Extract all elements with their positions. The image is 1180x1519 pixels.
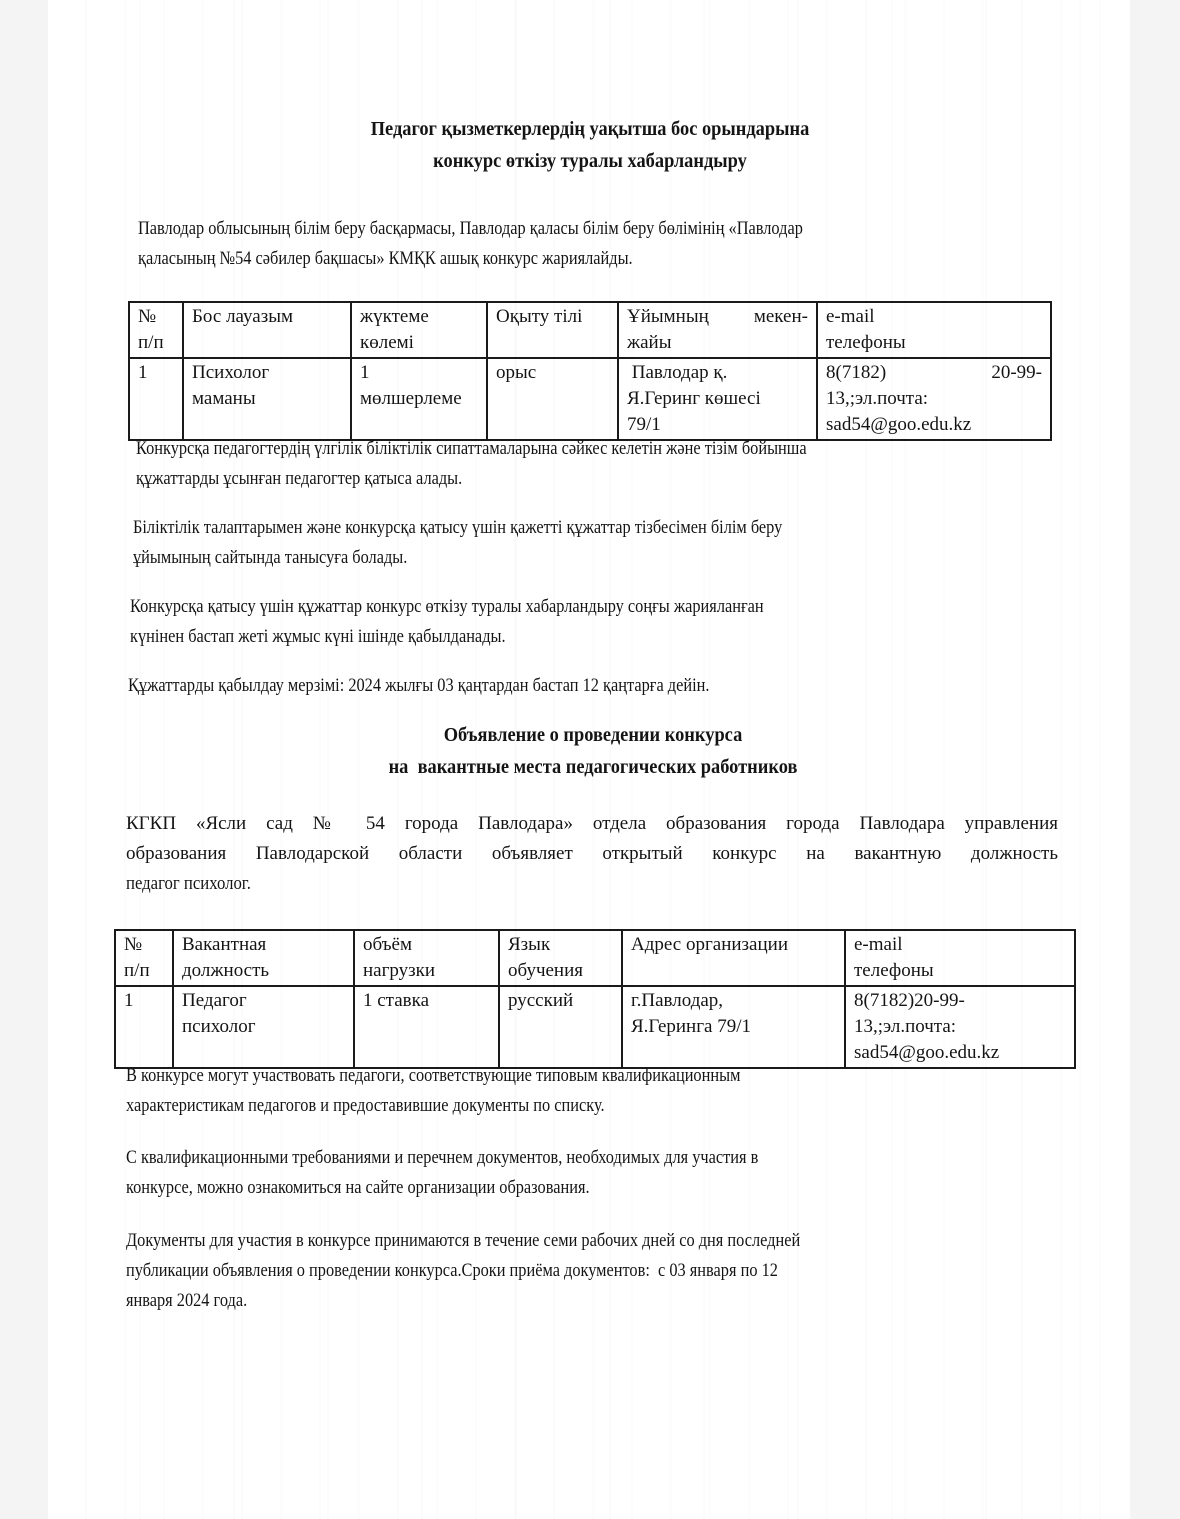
ru-paragraph-requirements: С квалификационными требованиями и переч… [126,1143,758,1203]
kz-paragraph-deadline: Құжаттарды қабылдау мерзімі: 2024 жылғы … [128,671,709,701]
ru-email-link[interactable]: sad54@goo.edu.kz [854,1040,1066,1066]
ru-title-line2: на вакантные места педагогических работн… [50,751,1136,783]
kz-header-load: жүктеме көлемі [351,302,487,358]
kz-vacancy-table: № п/п Бос лауазым жүктеме көлемі Оқыту т… [128,301,1052,441]
ru-cell-num: 1 [115,986,173,1068]
kz-title-line2: конкурс өткізу туралы хабарландыру [47,145,1133,177]
ru-header-num: № п/п [115,930,173,986]
ru-table-header-row: № п/п Вакантная должность объём нагрузки… [115,930,1075,986]
kz-title: Педагог қызметкерлердің уақытша бос орын… [47,113,1133,177]
kz-cell-num: 1 [129,358,183,440]
ru-title: Объявление о проведении конкурса на вака… [50,719,1136,783]
kz-paragraph-eligibility: Конкурсқа педагогтердің үлгілік біліктіл… [136,434,807,494]
kz-paragraph-requirements: Біліктілік талаптарымен және конкурсқа қ… [133,513,782,573]
kz-cell-position: Психолог маманы [183,358,351,440]
ru-cell-address: г.Павлодар, Я.Геринга 79/1 [622,986,845,1068]
ru-header-load: объём нагрузки [354,930,499,986]
ru-intro: КГКП «Ясли сад № 54 города Павлодара» от… [126,809,1058,899]
kz-cell-load: 1 мөлшерлеме [351,358,487,440]
ru-header-address: Адрес организации [622,930,845,986]
kz-header-num: № п/п [129,302,183,358]
kz-intro-line2: қаласының №54 сәбилер бақшасы» КМҚК ашық… [138,244,803,274]
kz-paragraph-submission: Конкурсқа қатысу үшін құжаттар конкурс ө… [130,592,764,652]
ru-cell-contacts: 8(7182)20-99- 13,;эл.почта: sad54@goo.ed… [845,986,1075,1068]
ru-intro-line3: педагог психолог. [126,869,1058,899]
ru-intro-line1: КГКП «Ясли сад № 54 города Павлодара» от… [126,809,1058,839]
ru-cell-language: русский [499,986,622,1068]
kz-table-header-row: № п/п Бос лауазым жүктеме көлемі Оқыту т… [129,302,1051,358]
ru-header-contacts: e-mail телефоны [845,930,1075,986]
ru-intro-line2: образования Павлодарской области объявля… [126,839,1058,869]
kz-header-position: Бос лауазым [183,302,351,358]
ru-paragraph-submission: Документы для участия в конкурсе принима… [126,1226,800,1316]
kz-cell-contacts: 8(7182) 20-99- 13,;эл.почта: sad54@goo.e… [817,358,1051,440]
ru-header-language: Язык обучения [499,930,622,986]
ru-title-line1: Объявление о проведении конкурса [50,719,1136,751]
ru-cell-position: Педагог психолог [173,986,354,1068]
kz-email-link[interactable]: sad54@goo.edu.kz [826,412,1042,438]
table-row: 1 Педагог психолог 1 ставка русский г.Па… [115,986,1075,1068]
table-row: 1 Психолог маманы 1 мөлшерлеме орыс Павл… [129,358,1051,440]
ru-paragraph-eligibility: В конкурсе могут участвовать педагоги, с… [126,1061,740,1121]
kz-header-contacts: e-mail телефоны [817,302,1051,358]
kz-title-line1: Педагог қызметкерлердің уақытша бос орын… [47,113,1133,145]
kz-intro: Павлодар облысының білім беру басқармасы… [138,214,803,274]
kz-cell-language: орыс [487,358,618,440]
kz-header-language: Оқыту тілі [487,302,618,358]
ru-header-position: Вакантная должность [173,930,354,986]
kz-cell-address: Павлодар қ. Я.Геринг көшесі 79/1 [618,358,817,440]
kz-intro-line1: Павлодар облысының білім беру басқармасы… [138,214,803,244]
ru-vacancy-table: № п/п Вакантная должность объём нагрузки… [114,929,1076,1069]
kz-header-address: Ұйымның мекен- жайы [618,302,817,358]
ru-cell-load: 1 ставка [354,986,499,1068]
